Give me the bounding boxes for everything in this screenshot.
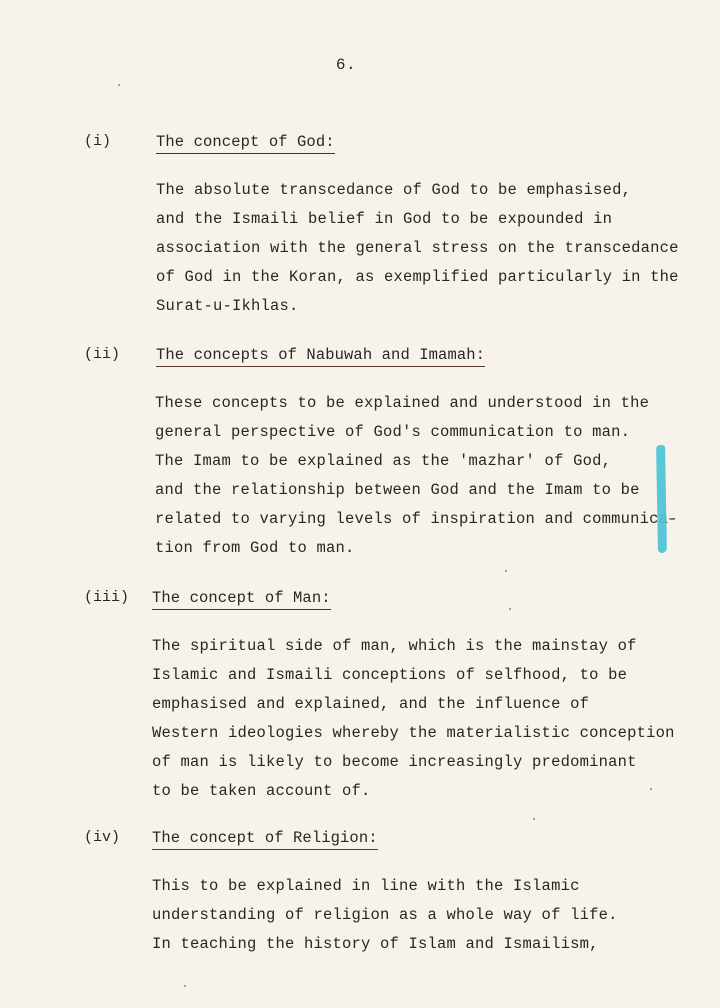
section-body: These concepts to be explained and under… bbox=[155, 393, 678, 567]
body-line: understanding of religion as a whole way… bbox=[152, 905, 618, 934]
body-line: This to be explained in line with the Is… bbox=[152, 876, 618, 905]
body-line: The Imam to be explained as the 'mazhar'… bbox=[155, 451, 678, 480]
body-line: related to varying levels of inspiration… bbox=[155, 509, 678, 538]
paper-speck bbox=[505, 570, 507, 572]
body-line: The spiritual side of man, which is the … bbox=[152, 636, 675, 665]
section-numeral: (iv) bbox=[84, 828, 120, 848]
paper-speck bbox=[650, 788, 652, 790]
section-body: The absolute transcedance of God to be e… bbox=[156, 180, 679, 325]
body-line: Western ideologies whereby the materiali… bbox=[152, 723, 675, 752]
section-numeral: (ii) bbox=[84, 345, 120, 365]
body-line: The absolute transcedance of God to be e… bbox=[156, 180, 679, 209]
section-heading: The concept of God: bbox=[156, 132, 335, 154]
body-line: tion from God to man. bbox=[155, 538, 678, 567]
body-line: These concepts to be explained and under… bbox=[155, 393, 678, 422]
body-line: general perspective of God's communicati… bbox=[155, 422, 678, 451]
page-number: 6. bbox=[0, 56, 692, 74]
paper-speck bbox=[669, 518, 671, 520]
section-body: This to be explained in line with the Is… bbox=[152, 876, 618, 963]
section-numeral: (i) bbox=[84, 132, 111, 152]
body-line: Surat-u-Ikhlas. bbox=[156, 296, 679, 325]
body-line: and the Ismaili belief in God to be expo… bbox=[156, 209, 679, 238]
section-heading: The concepts of Nabuwah and Imamah: bbox=[156, 345, 485, 367]
paper-speck bbox=[184, 985, 186, 987]
body-line: and the relationship between God and the… bbox=[155, 480, 678, 509]
paper-speck bbox=[533, 818, 535, 820]
body-line: Islamic and Ismaili conceptions of selfh… bbox=[152, 665, 675, 694]
paper-speck bbox=[118, 84, 120, 86]
margin-highlighter-mark bbox=[656, 445, 667, 553]
body-line: of God in the Koran, as exemplified part… bbox=[156, 267, 679, 296]
body-line: to be taken account of. bbox=[152, 781, 675, 810]
body-line: In teaching the history of Islam and Ism… bbox=[152, 934, 618, 963]
body-line: emphasised and explained, and the influe… bbox=[152, 694, 675, 723]
body-line: association with the general stress on t… bbox=[156, 238, 679, 267]
body-line: of man is likely to become increasingly … bbox=[152, 752, 675, 781]
section-body: The spiritual side of man, which is the … bbox=[152, 636, 675, 810]
paper-speck bbox=[509, 608, 511, 610]
section-heading: The concept of Religion: bbox=[152, 828, 378, 850]
section-numeral: (iii) bbox=[84, 588, 129, 608]
section-heading: The concept of Man: bbox=[152, 588, 331, 610]
